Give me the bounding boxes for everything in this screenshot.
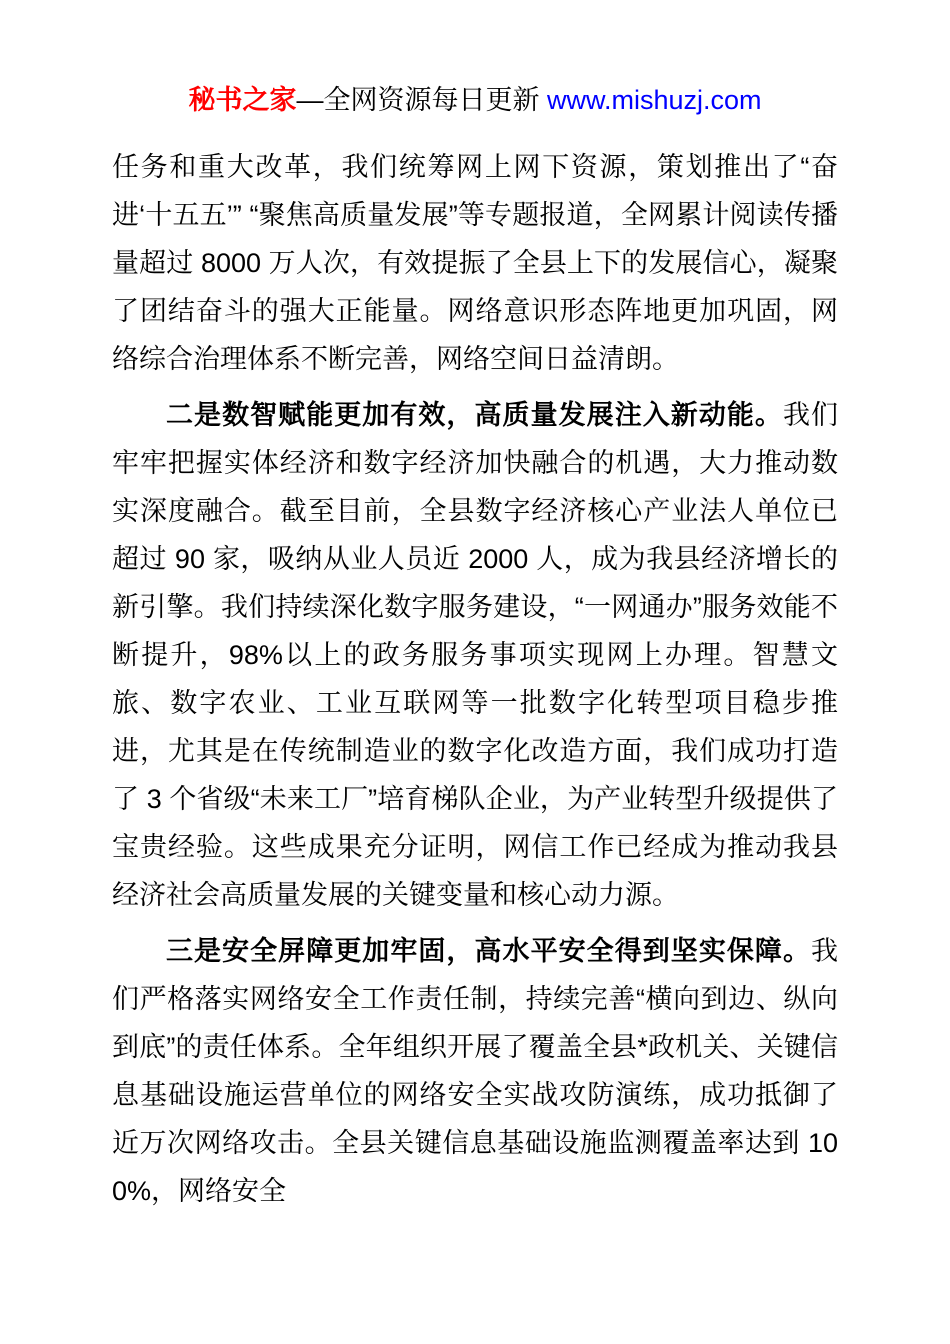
site-header: 秘书之家—全网资源每日更新 www.mishuzj.com: [112, 84, 838, 117]
document-body: 任务和重大改革，我们统筹网上网下资源，策划推出了“奋进‘十五五’” “聚焦高质量…: [112, 143, 838, 1215]
paragraph-3-text: 我们严格落实网络安全工作责任制，持续完善“横向到边、纵向到底”的责任体系。全年组…: [112, 936, 838, 1206]
site-url-link[interactable]: www.mishuzj.com: [547, 85, 762, 115]
paragraph-continuation: 任务和重大改革，我们统筹网上网下资源，策划推出了“奋进‘十五五’” “聚焦高质量…: [112, 143, 838, 383]
paragraph-1-text: 任务和重大改革，我们统筹网上网下资源，策划推出了“奋进‘十五五’” “聚焦高质量…: [112, 152, 838, 374]
paragraph-point-three: 三是安全屏障更加牢固，高水平安全得到坚实保障。我们严格落实网络安全工作责任制，持…: [112, 927, 838, 1215]
paragraph-point-two: 二是数智赋能更加有效，高质量发展注入新动能。我们牢牢把握实体经济和数字经济加快融…: [112, 391, 838, 919]
paragraph-2-text: 我们牢牢把握实体经济和数字经济加快融合的机遇，大力推动数实深度融合。截至目前，全…: [112, 400, 838, 910]
site-tagline: —全网资源每日更新: [296, 85, 547, 115]
paragraph-3-bold-lead: 三是安全屏障更加牢固，高水平安全得到坚实保障。: [166, 936, 811, 966]
paragraph-2-bold-lead: 二是数智赋能更加有效，高质量发展注入新动能。: [166, 400, 783, 430]
site-brand: 秘书之家: [188, 85, 296, 115]
document-page: 秘书之家—全网资源每日更新 www.mishuzj.com 任务和重大改革，我们…: [0, 0, 950, 1344]
